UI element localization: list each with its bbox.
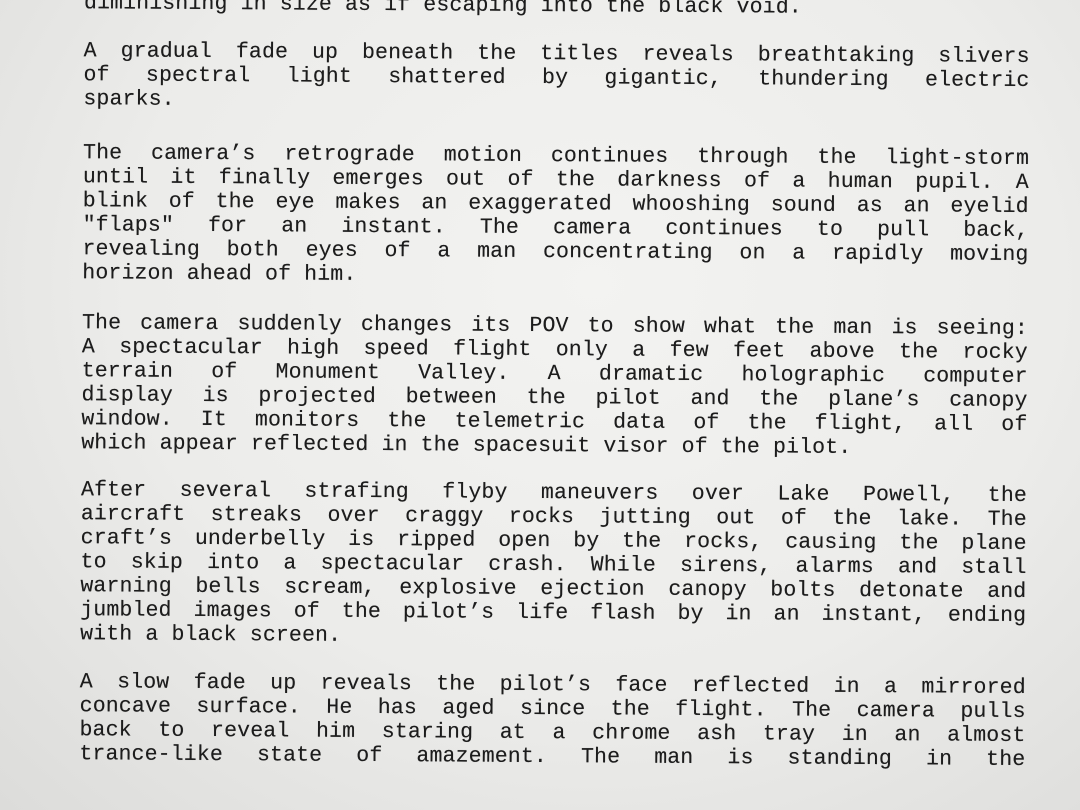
document-page: diminishing in size as if escaping into … xyxy=(0,0,1080,810)
paragraph-fragment-top: diminishing in size as if escaping into … xyxy=(84,0,1030,21)
text-line: diminishing in size as if escaping into … xyxy=(84,0,1030,21)
text-line: trance-like state of amazement. The man … xyxy=(79,742,1025,772)
paragraph-slow-fade-up: A slow fade up reveals the pilot’s face … xyxy=(79,670,1026,772)
paragraph-pov-flight: The camera suddenly changes its POV to s… xyxy=(81,311,1028,461)
paragraph-fade-up-titles: A gradual fade up beneath the titles rev… xyxy=(83,39,1029,117)
paragraph-crash: After several strafing flyby maneuvers o… xyxy=(80,478,1027,652)
paragraph-retrograde-motion: The camera’s retrograde motion continues… xyxy=(82,141,1029,291)
